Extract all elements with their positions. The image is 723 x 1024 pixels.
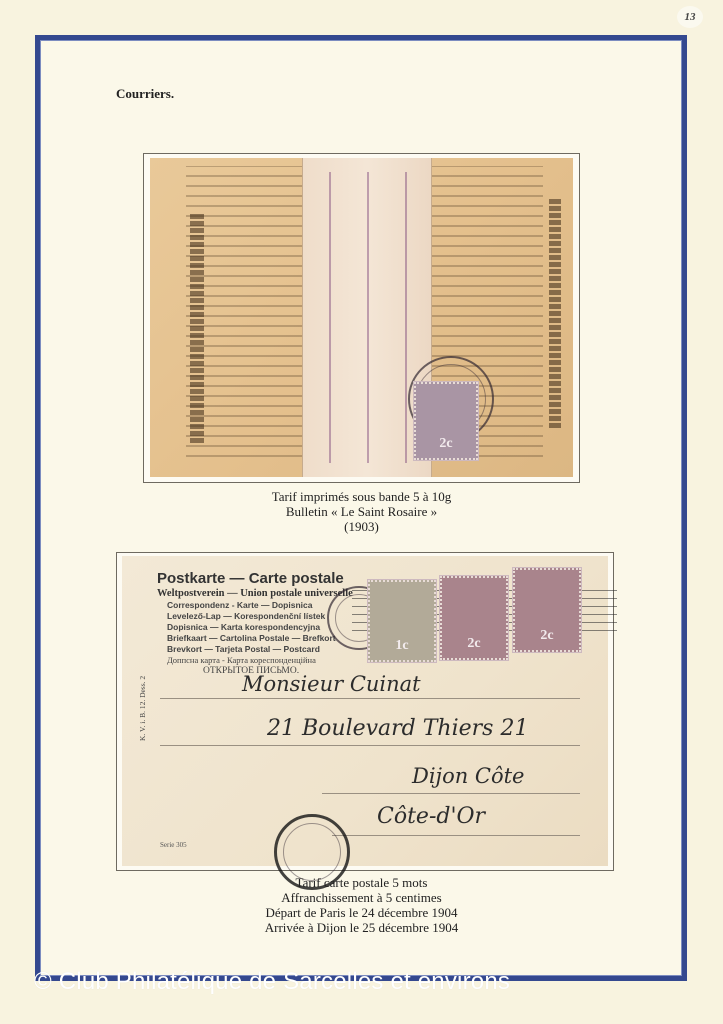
stamp-2c: 2c xyxy=(440,576,508,660)
language-line: Correspondenz - Karte — Dopisnica xyxy=(167,600,336,611)
address-line xyxy=(332,835,580,836)
address-line xyxy=(322,793,580,794)
caption-line: Départ de Paris le 24 décembre 1904 xyxy=(0,905,723,920)
stamp-value: 2c xyxy=(416,436,476,452)
language-line: Доппсна карта - Карта кореспонденцiйна xyxy=(167,655,336,666)
address-city: Dijon Côte xyxy=(412,764,525,788)
address-department: Côte-d'Or xyxy=(377,804,485,829)
address-line xyxy=(160,745,580,746)
language-line: Brevkort — Tarjeta Postal — Postcard xyxy=(167,644,336,655)
printer-code: K. V. i. B. 12. Dess. 2 xyxy=(138,676,147,741)
side-print-right xyxy=(549,198,561,428)
address-name: Monsieur Cuinat xyxy=(242,672,421,696)
page-number: 13 xyxy=(677,6,703,28)
side-print-left xyxy=(190,213,204,443)
stamp: 2c xyxy=(414,382,478,460)
wrapper-caption: Tarif imprimés sous bande 5 à 10g Bullet… xyxy=(0,489,723,534)
language-line: Levelező-Lap — Korespondenční lístek xyxy=(167,611,336,622)
address-band xyxy=(302,158,432,477)
wrapper-item: 2c xyxy=(143,153,580,483)
stamp-value: 2c xyxy=(442,636,506,652)
postcard-caption: Tarif carte postale 5 mots Affranchissem… xyxy=(0,875,723,935)
copyright-watermark: © Club Philatélique de Sarcelles et envi… xyxy=(34,968,510,996)
section-title: Courriers. xyxy=(116,86,174,102)
serie-number: Serie 305 xyxy=(160,841,187,849)
address-line xyxy=(160,698,580,699)
caption-line: Tarif imprimés sous bande 5 à 10g xyxy=(0,489,723,504)
caption-line: Affranchissement à 5 centimes xyxy=(0,890,723,905)
wrapper-paper: 2c xyxy=(150,158,573,477)
caption-line: Arrivée à Dijon le 25 décembre 1904 xyxy=(0,920,723,935)
caption-line: Tarif carte postale 5 mots xyxy=(0,875,723,890)
address-street: 21 Boulevard Thiers 21 xyxy=(267,716,528,741)
stamp-2c: 2c xyxy=(513,568,581,652)
stamp-value: 2c xyxy=(515,628,579,644)
language-line: Briefkaart — Cartolina Postale — Brefkor… xyxy=(167,633,336,644)
stamp-1c: 1c xyxy=(368,580,436,662)
postcard-item: Postkarte — Carte postale Weltpostverein… xyxy=(116,552,614,871)
postcard-title: Postkarte — Carte postale xyxy=(157,570,344,587)
postcard-languages: Correspondenz - Karte — Dopisnica Levele… xyxy=(167,600,336,677)
language-line: Dopisnica — Karta korespondencyjna xyxy=(167,622,336,633)
handwritten-address xyxy=(315,172,419,463)
postcard-subtitle: Weltpostverein — Union postale universel… xyxy=(157,588,353,599)
caption-line: Bulletin « Le Saint Rosaire » xyxy=(0,504,723,519)
stamp-value: 1c xyxy=(370,638,434,654)
caption-line: (1903) xyxy=(0,519,723,534)
postcard: Postkarte — Carte postale Weltpostverein… xyxy=(122,556,608,866)
